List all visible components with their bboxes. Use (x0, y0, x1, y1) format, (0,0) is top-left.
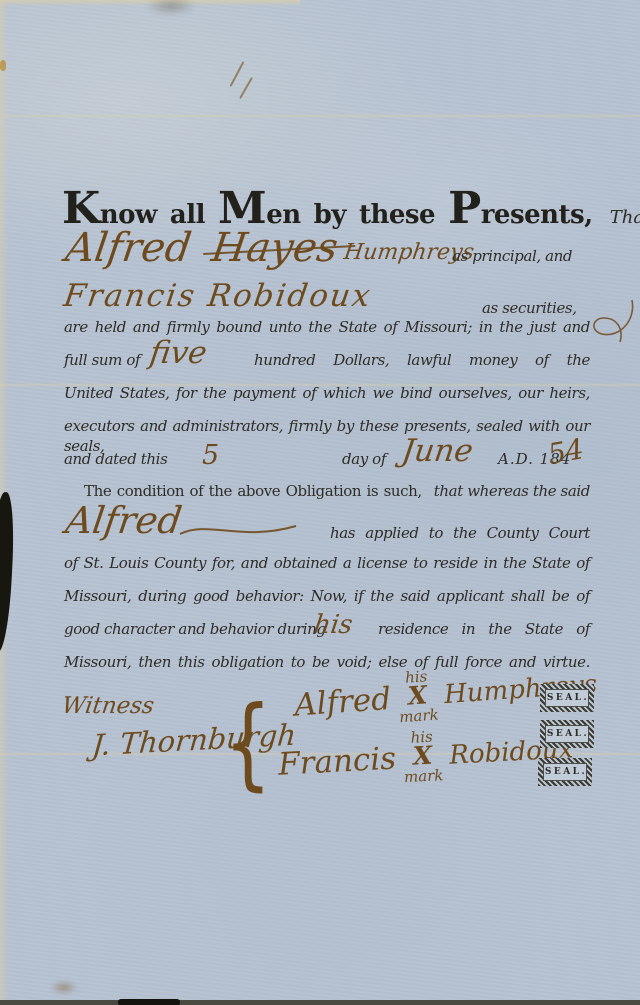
x-mark: his X mark (402, 729, 444, 785)
x-mark: his X mark (396, 669, 439, 726)
title-continuation: That We: (610, 207, 640, 228)
mark-word-label: mark (404, 768, 444, 785)
handwritten-principal-first-name: Alfred (63, 228, 194, 268)
condition-lead-tail: that whereas the said (434, 481, 590, 501)
stain (50, 980, 78, 995)
seal-label: SEAL. (547, 729, 589, 739)
handwritten-security-name: Francis Robidoux (62, 281, 374, 312)
handwritten-day: 5 (202, 442, 219, 469)
stain (146, 0, 196, 16)
scratch-mark (230, 61, 245, 87)
handwritten-struck-surname: Hayes (209, 228, 340, 268)
condition-line-3: of St. Louis County for, and obtained a … (64, 553, 590, 573)
seal-stamp: SEAL. (538, 758, 592, 786)
condition-line-2: has applied to the County Court (330, 523, 590, 543)
seal-stamp: SEAL. (540, 684, 594, 712)
bond-sum-post: hundred Dollars, lawful money of the (254, 350, 590, 370)
handwritten-month: June (400, 436, 475, 467)
scratch-mark (239, 77, 253, 99)
signature-given-name: Alfred (293, 683, 392, 721)
document-page: KnowallMenbythesePresents, That We: Alfr… (0, 0, 640, 1005)
bond-sum-pre: full sum of (64, 350, 140, 370)
signature-security: Francis his X mark Robidoux (277, 722, 575, 791)
paper-tear-shadow (0, 492, 16, 653)
stain (0, 60, 6, 71)
mark-x-glyph: X (407, 682, 428, 708)
condition-line-4: Missouri, during good behavior: Now, if … (64, 586, 590, 606)
bond-line-3: United States, for the payment of which … (64, 383, 590, 403)
mark-word-label: mark (399, 708, 439, 726)
condition-line-5-pre: good character and behavior during (64, 619, 326, 639)
witness-label: Witness (60, 695, 155, 718)
date-mid: day of (342, 449, 386, 469)
handwritten-year-overwrite: 54 (546, 435, 586, 469)
handwritten-his: his (312, 612, 354, 638)
paper-bottom-notch (118, 999, 180, 1005)
ink-flourish (586, 296, 638, 348)
title-word: Presents, (448, 183, 593, 234)
title-word: these (359, 200, 435, 230)
printed-as-principal: as principal, and (452, 246, 572, 266)
mark-x-glyph: X (412, 743, 433, 769)
signature-given-name: Francis (277, 743, 396, 780)
handwritten-sum: five (148, 338, 209, 369)
condition-line-5-post: residence in the State of (378, 619, 590, 639)
seal-label: SEAL. (545, 767, 587, 777)
witness-brace: { (224, 698, 272, 788)
fold-line (0, 115, 640, 117)
date-pre: and dated this (64, 449, 167, 469)
condition-line-1: The condition of the above Obligation is… (84, 481, 590, 501)
handwritten-applicant-name: Alfred (63, 502, 184, 539)
seal-label: SEAL. (547, 693, 589, 703)
seal-stamp: SEAL. (540, 720, 594, 748)
printed-as-securities: as securities, (482, 298, 577, 318)
bond-line-1: are held and firmly bound unto the State… (64, 317, 590, 337)
condition-lead: The condition of the above Obligation is… (84, 481, 422, 501)
ink-swash (178, 518, 298, 544)
paper-edge-bottom (0, 1000, 640, 1005)
